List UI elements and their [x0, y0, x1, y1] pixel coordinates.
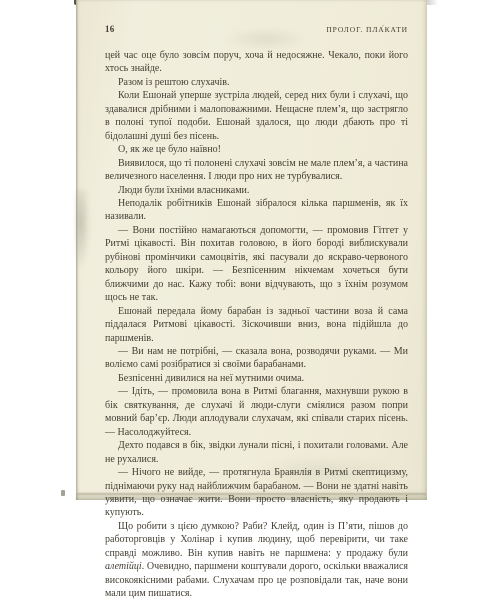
text-run: — Нічого не вийде, — протягнула Браянлія… — [105, 467, 408, 500]
text-run: Люди були їхніми власниками. — [118, 185, 249, 196]
text-run: Дехто подався в бік, звідки лунали пісні… — [105, 440, 408, 464]
scan-corner-mark — [61, 490, 65, 496]
scanned-book-photo: 16 ПРОЛОГ. ПЛА́КАТИ цей час оце було зов… — [0, 0, 500, 500]
text-run: О, як же це було наївно! — [118, 144, 221, 155]
paragraph: — Ви нам не потрібні, — сказала вона, ро… — [105, 345, 408, 372]
paragraph: — Нічого не вийде, — протягнула Браянлія… — [105, 466, 408, 500]
text-run: — Вони постійно намагаються допомогти, —… — [105, 225, 408, 303]
paragraph: Люди були їхніми власниками. — [105, 184, 408, 197]
text-run: Безпісенні дивилися на неї мутними очима… — [118, 373, 304, 384]
paragraph: — Ідіть, — промовила вона в Ритмі благан… — [105, 385, 408, 439]
text-run: Разом із рештою слухачів. — [118, 77, 229, 88]
paragraph: Ешонай передала йому барабан із задньої … — [105, 305, 408, 345]
paragraph: цей час оце було зовсім поруч, хоча й не… — [105, 49, 408, 76]
running-header: ПРОЛОГ. ПЛА́КАТИ — [326, 25, 408, 34]
paragraph: Неподалік робітників Ешонай зібралося кі… — [105, 197, 408, 224]
text-run: Неподалік робітників Ешонай зібралося кі… — [105, 198, 408, 222]
text-run: — Ви нам не потрібні, — сказала вона, ро… — [105, 346, 408, 370]
paragraph: О, як же це було наївно! — [105, 143, 408, 156]
text-block: цей час оце було зовсім поруч, хоча й не… — [105, 49, 408, 500]
page-content: 16 ПРОЛОГ. ПЛА́КАТИ цей час оце було зов… — [105, 24, 408, 500]
paragraph: — Вони постійно намагаються допомогти, —… — [105, 224, 408, 305]
paragraph: Безпісенні дивилися на неї мутними очима… — [105, 372, 408, 385]
text-run: Коли Ешонай уперше зустріла людей, серед… — [105, 90, 408, 141]
paragraph: Разом із рештою слухачів. — [105, 76, 408, 89]
text-run: Ешонай передала йому барабан із задньої … — [105, 306, 408, 344]
scan-smudge — [76, 190, 90, 270]
text-run: Виявилося, що ті полонені слухачі зовсім… — [105, 158, 408, 182]
paragraph: Коли Ешонай уперше зустріла людей, серед… — [105, 89, 408, 143]
page-number: 16 — [105, 24, 115, 34]
page-header: 16 ПРОЛОГ. ПЛА́КАТИ — [105, 24, 408, 34]
text-run: — Ідіть, — промовила вона в Ритмі благан… — [105, 386, 408, 437]
paragraph: Дехто подався в бік, звідки лунали пісні… — [105, 439, 408, 466]
paragraph: Виявилося, що ті полонені слухачі зовсім… — [105, 157, 408, 184]
text-run: цей час оце було зовсім поруч, хоча й не… — [105, 50, 408, 74]
